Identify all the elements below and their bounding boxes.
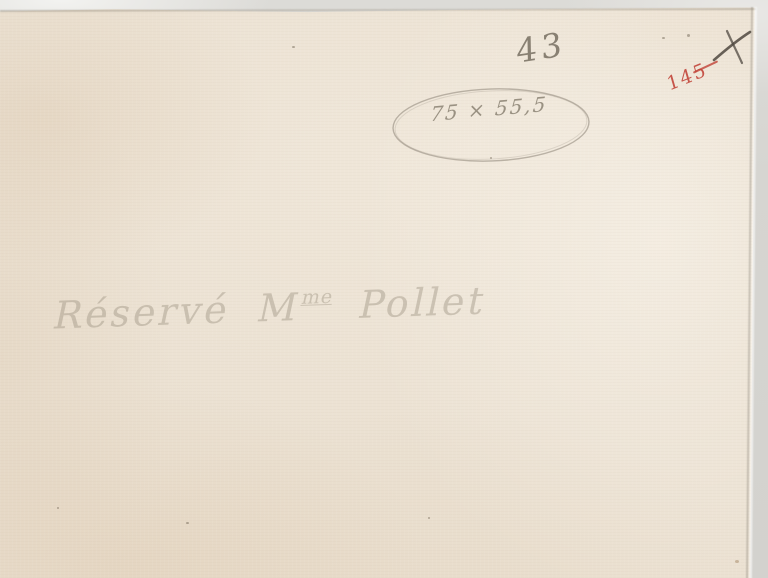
inscription-title-initial: M (254, 285, 305, 331)
inscription-word-reserved: Réservé (49, 287, 235, 338)
paper-speck (186, 522, 189, 524)
inscription-gap (329, 318, 357, 319)
paper-speck (428, 517, 430, 519)
inscription-surname: Pollet (355, 278, 491, 327)
paper-speck (57, 507, 59, 509)
inscription-title-superscript: me (300, 286, 336, 309)
pencil-catalog-number: 43 (516, 24, 566, 71)
inscription-gap (227, 322, 255, 323)
paper-speck (490, 157, 492, 159)
photograph-of-artwork-verso: { "scene": { "description": "Verso of an… (0, 0, 768, 578)
paper-speck (662, 37, 665, 39)
paper-speck (292, 46, 295, 48)
paper-speck (735, 560, 739, 563)
paper-speck (687, 34, 690, 37)
